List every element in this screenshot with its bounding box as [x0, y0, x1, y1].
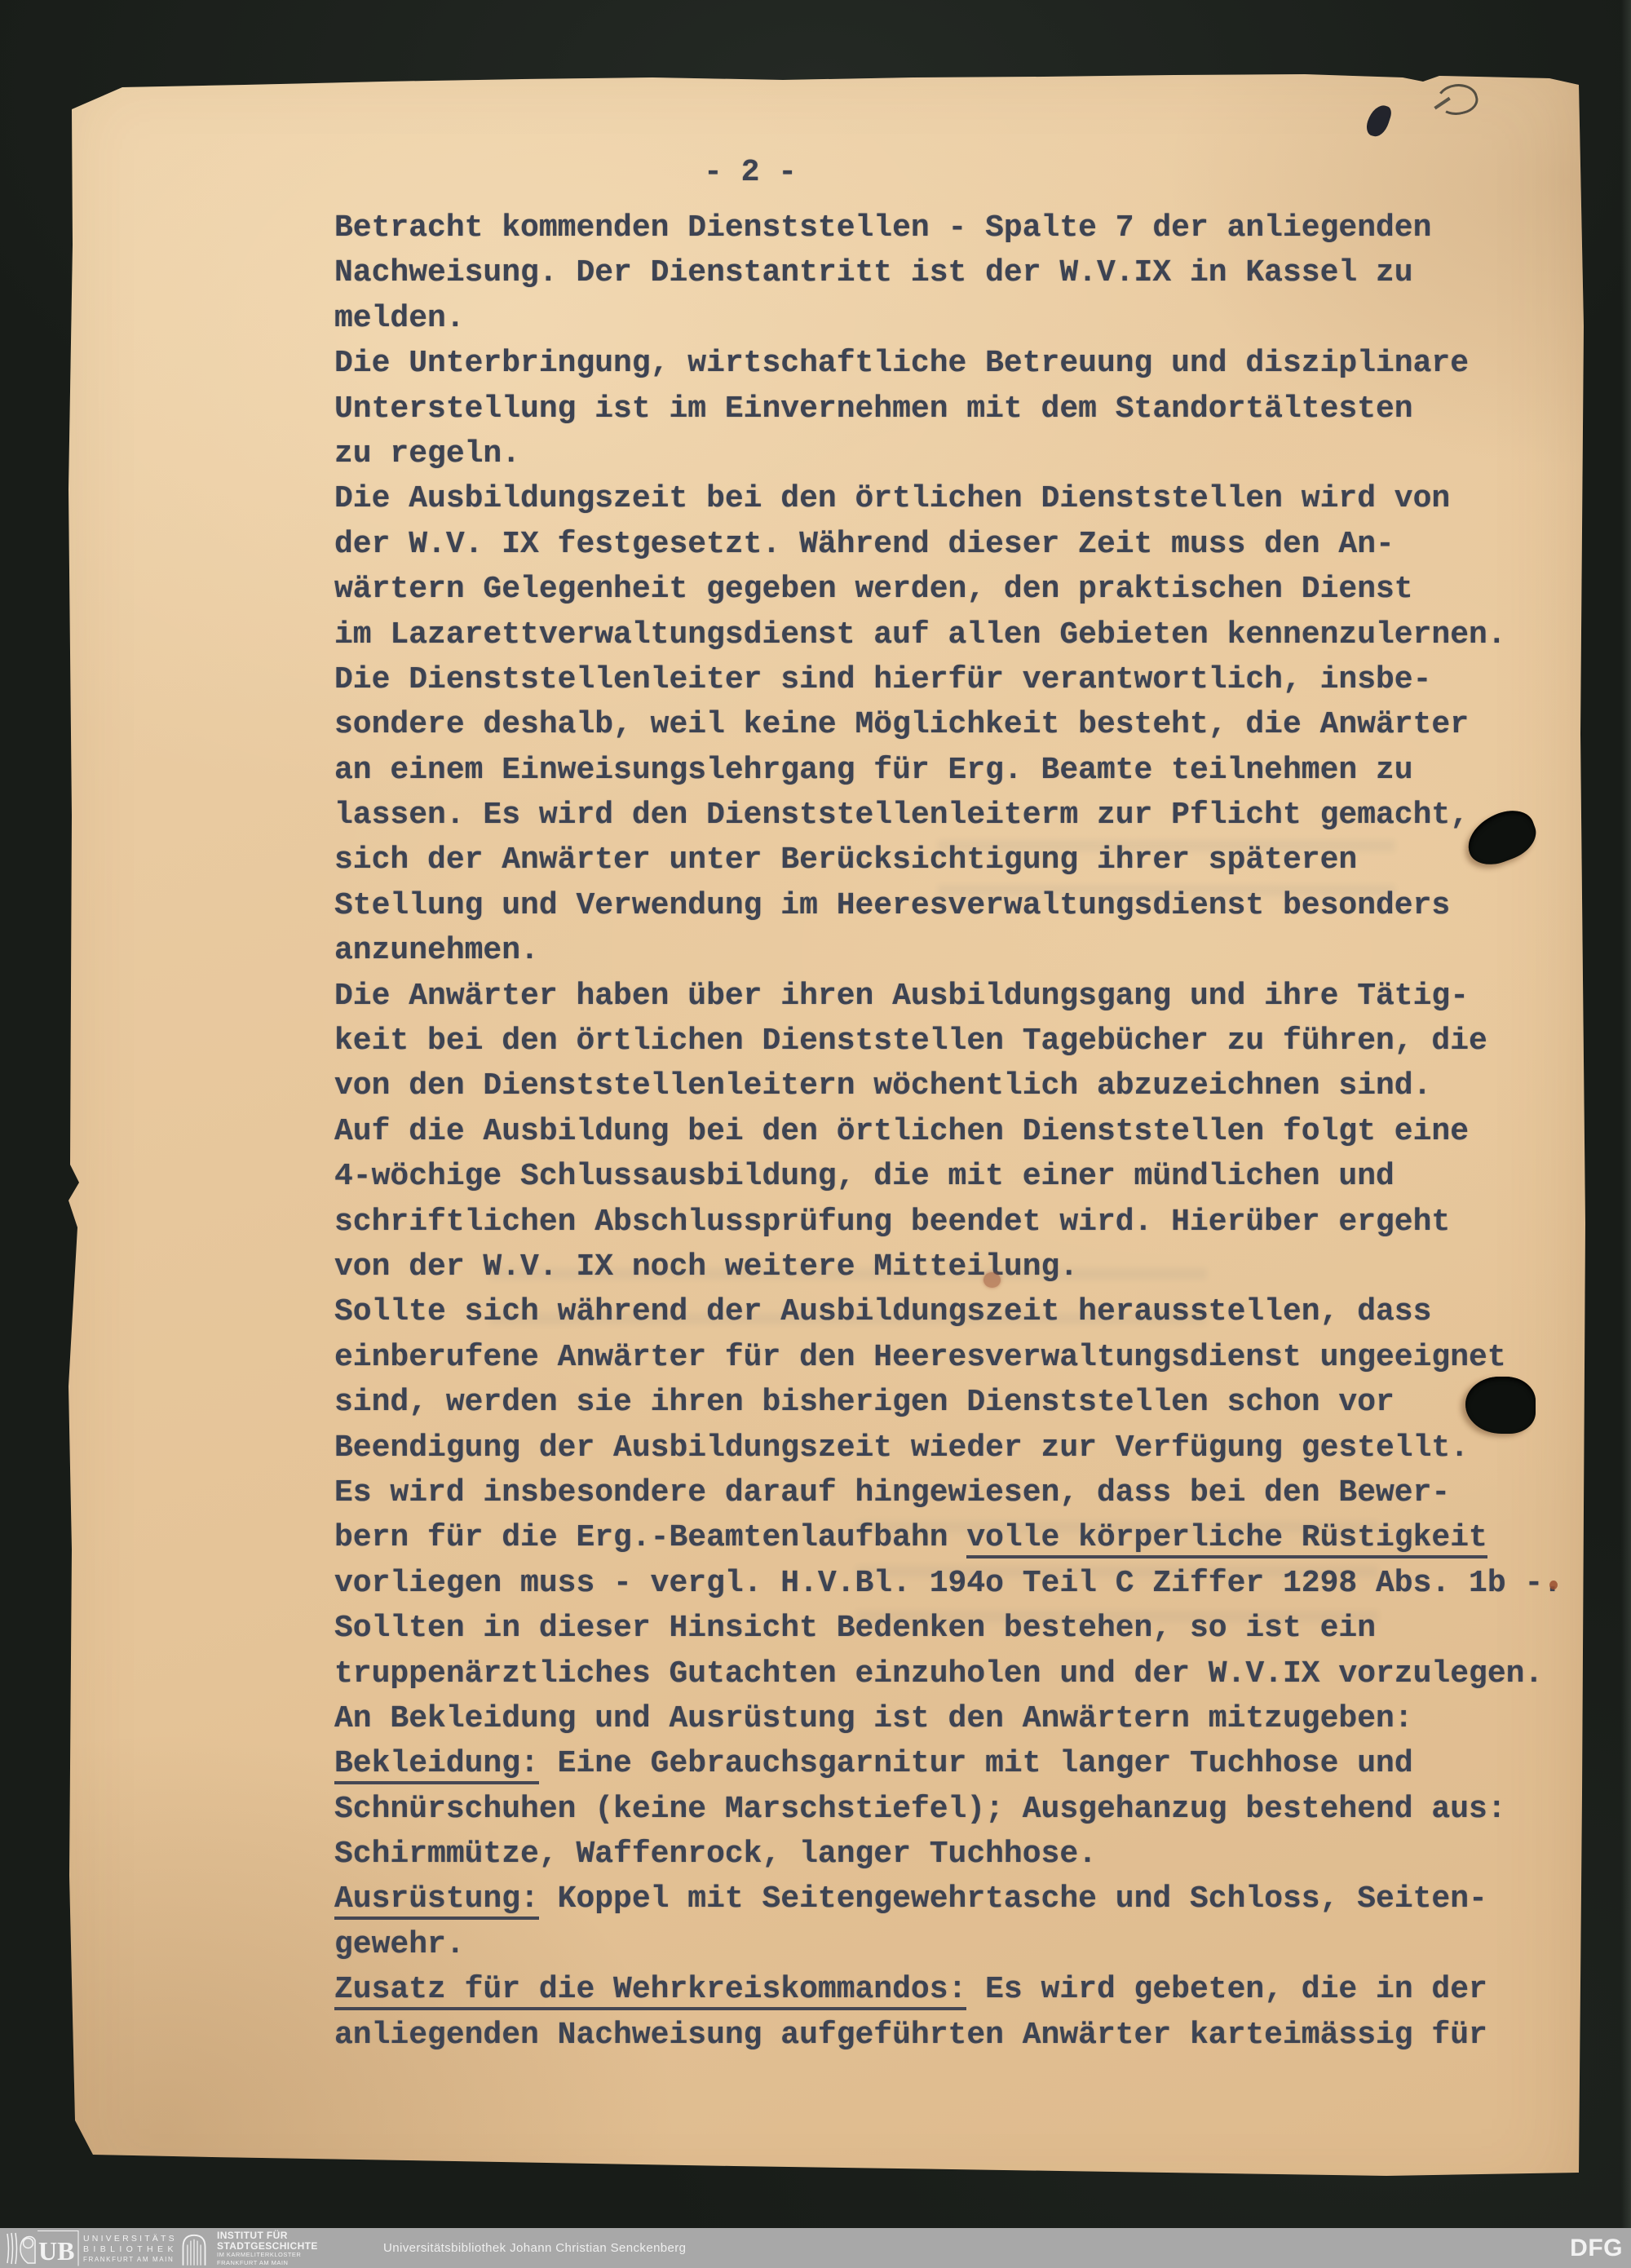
text-line: sind, werden sie ihren bisherigen Dienst… [334, 1380, 1562, 1425]
institut-logo-text: INSTITUT FÜR STADTGESCHICHTE IM KARMELIT… [217, 2230, 318, 2266]
institut-text-line: STADTGESCHICHTE [217, 2241, 318, 2252]
scanner-edge-glow [1621, 0, 1631, 2228]
text-line: melden. [334, 296, 1562, 341]
text-line: der W.V. IX festgesetzt. Während dieser … [334, 522, 1562, 567]
underlined-text: Bekleidung: [334, 1746, 539, 1784]
text-line: Beendigung der Ausbildungszeit wieder zu… [334, 1426, 1562, 1470]
text-line: von der W.V. IX noch weitere Mitteilung. [334, 1245, 1562, 1289]
text-line: Stellung und Verwendung im Heeresverwalt… [334, 883, 1562, 928]
viewer-footer-bar: UB UNIVERSITÄTS BIBLIOTHEK FRANKFURT AM … [0, 2228, 1631, 2268]
institut-logo-icon [179, 2230, 209, 2267]
text-line: anliegenden Nachweisung aufgeführten Anw… [334, 2013, 1562, 2058]
text-line: truppenärztliches Gutachten einzuholen u… [334, 1651, 1562, 1696]
text-line: von den Dienststellenleitern wöchentlich… [334, 1063, 1562, 1108]
institut-text-line: IM KARMELITERKLOSTER [217, 2251, 318, 2259]
text-line: Bekleidung: Eine Gebrauchsgarnitur mit l… [334, 1741, 1562, 1786]
text-line: vorliegen muss - vergl. H.V.Bl. 194o Tei… [334, 1561, 1562, 1606]
text-line: Ausrüstung: Koppel mit Seitengewehrtasch… [334, 1877, 1562, 1921]
text-line: sich der Anwärter unter Berücksichtigung… [334, 838, 1562, 882]
underlined-text: volle körperliche Rüstigkeit [966, 1520, 1487, 1558]
text-line: Unterstellung ist im Einvernehmen mit de… [334, 387, 1562, 431]
text-line: Schnürschuhen (keine Marschstiefel); Aus… [334, 1787, 1562, 1832]
ub-text-line: FRANKFURT AM MAIN [83, 2255, 178, 2264]
text-line: Die Dienststellenleiter sind hierfür ver… [334, 657, 1562, 702]
overstrike-mark [983, 1272, 1001, 1288]
institut-text-line: FRANKFURT AM MAIN [217, 2259, 318, 2267]
ub-logo-icon: UB [3, 2230, 80, 2267]
institut-text-line: INSTITUT FÜR [217, 2230, 318, 2241]
text-line: zu regeln. [334, 431, 1562, 476]
text-line: schriftlichen Abschlussprüfung beendet w… [334, 1200, 1562, 1245]
dfg-logo: DFG [1570, 2228, 1623, 2268]
underlined-text: Zusatz für die Wehrkreiskommandos: [334, 1972, 966, 2010]
scanned-page-frame: - 2 - Betracht kommenden Dienststellen -… [0, 0, 1631, 2268]
text-line: Die Ausbildungszeit bei den örtlichen Di… [334, 476, 1562, 521]
ink-mark [1434, 80, 1481, 120]
text-line: Schirmmütze, Waffenrock, langer Tuchhose… [334, 1832, 1562, 1877]
ub-abbr: UB [38, 2236, 74, 2266]
ub-logo-text: UNIVERSITÄTS BIBLIOTHEK FRANKFURT AM MAI… [83, 2234, 178, 2264]
text-line: sondere deshalb, weil keine Möglichkeit … [334, 702, 1562, 747]
text-line: anzunehmen. [334, 928, 1562, 973]
text-line: An Bekleidung und Ausrüstung ist den Anw… [334, 1696, 1562, 1741]
text-line: gewehr. [334, 1922, 1562, 1967]
document-text: Betracht kommenden Dienststellen - Spalt… [334, 206, 1562, 2058]
text-line: keit bei den örtlichen Dienststellen Tag… [334, 1019, 1562, 1063]
text-line: lassen. Es wird den Dienststellenleiterm… [334, 793, 1562, 838]
ink-mark [1364, 102, 1393, 139]
text-line: Zusatz für die Wehrkreiskommandos: Es wi… [334, 1967, 1562, 2012]
text-line: Nachweisung. Der Dienstantritt ist der W… [334, 250, 1562, 295]
text-line: Betracht kommenden Dienststellen - Spalt… [334, 206, 1562, 250]
underlined-text: Ausrüstung: [334, 1881, 539, 1920]
text-line: Auf die Ausbildung bei den örtlichen Die… [334, 1109, 1562, 1154]
text-line: Die Anwärter haben über ihren Ausbildung… [334, 974, 1562, 1019]
text-line: wärtern Gelegenheit gegeben werden, den … [334, 567, 1562, 612]
text-line: Sollten in dieser Hinsicht Bedenken best… [334, 1606, 1562, 1651]
text-line: einberufene Anwärter für den Heeresverwa… [334, 1335, 1562, 1380]
text-line: Es wird insbesondere darauf hingewiesen,… [334, 1470, 1562, 1515]
text-line: im Lazarettverwaltungsdienst auf allen G… [334, 612, 1562, 657]
text-line: Die Unterbringung, wirtschaftliche Betre… [334, 341, 1562, 386]
library-name: Universitätsbibliothek Johann Christian … [383, 2228, 686, 2268]
text-line: 4-wöchige Schlussausbildung, die mit ein… [334, 1154, 1562, 1199]
ink-speck [1549, 1581, 1558, 1589]
ub-text-line: UNIVERSITÄTS [83, 2234, 178, 2244]
text-line: an einem Einweisungslehrgang für Erg. Be… [334, 748, 1562, 793]
ub-text-line: BIBLIOTHEK [83, 2244, 178, 2255]
punch-hole [1465, 1377, 1536, 1434]
document-page: - 2 - Betracht kommenden Dienststellen -… [0, 0, 1631, 2268]
text-line: Sollte sich während der Ausbildungszeit … [334, 1289, 1562, 1334]
page-number: - 2 - [704, 150, 797, 195]
text-line: bern für die Erg.-Beamtenlaufbahn volle … [334, 1515, 1562, 1560]
